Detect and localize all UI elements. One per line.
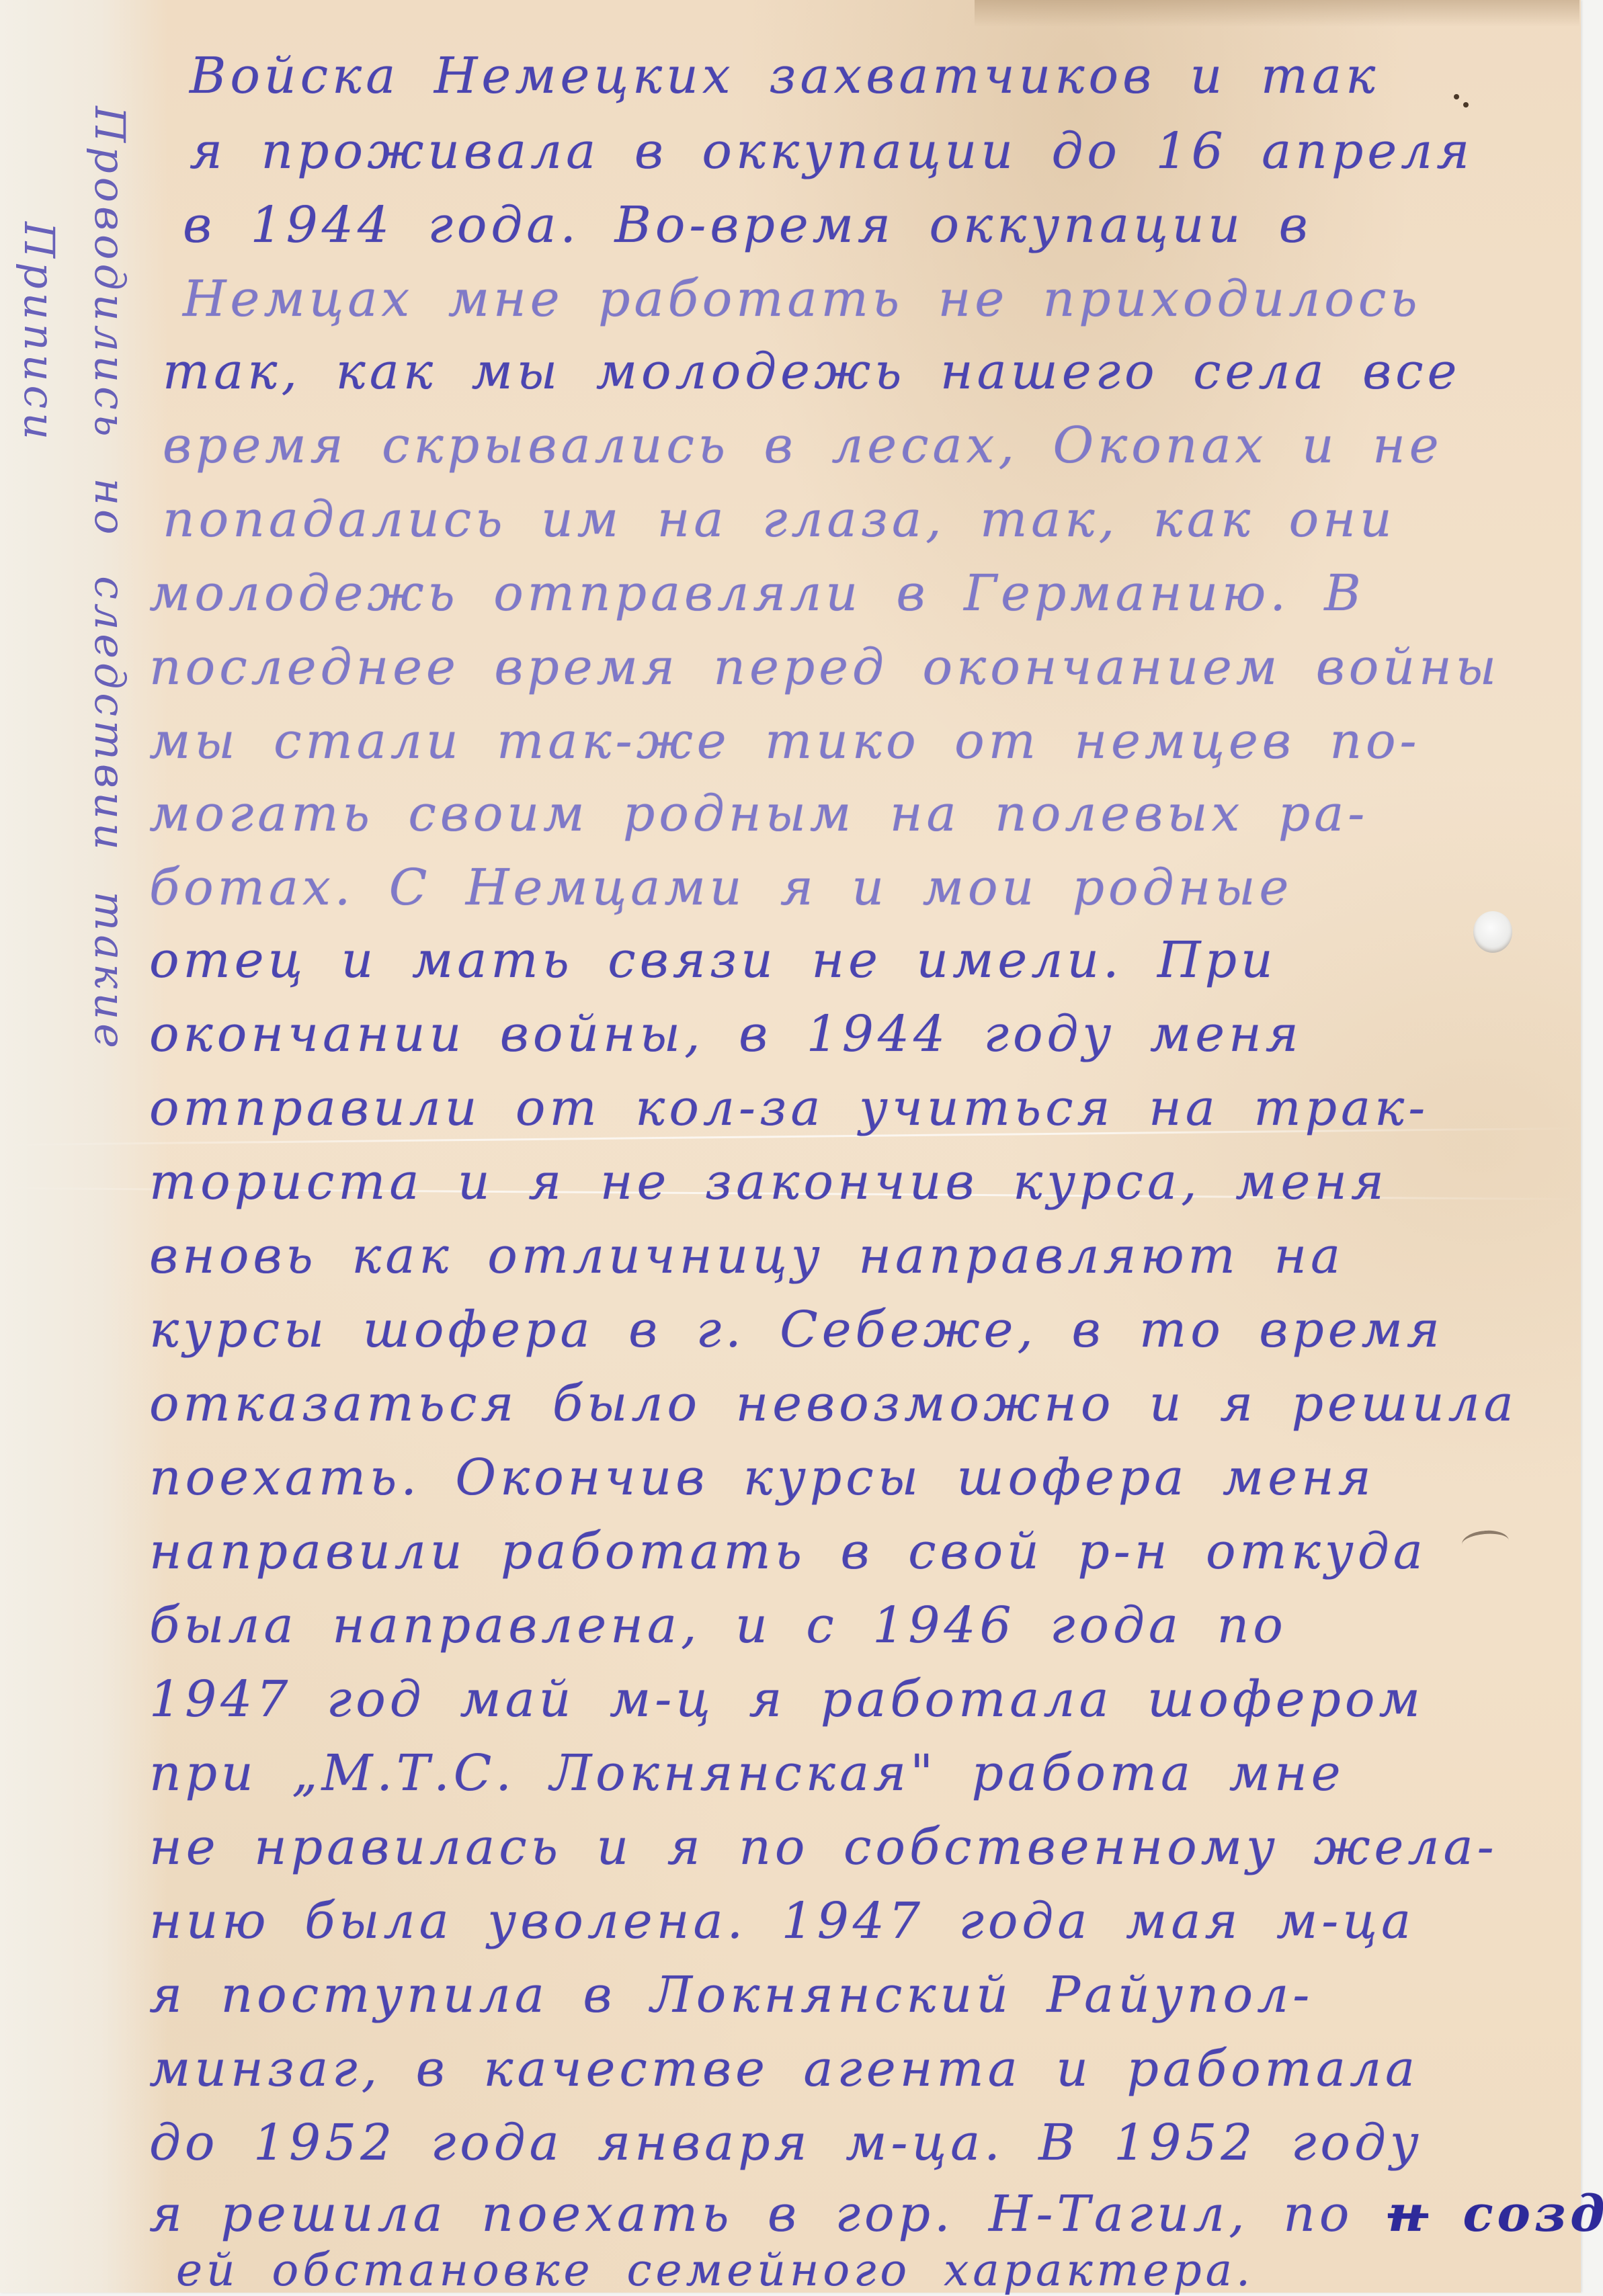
text-line: отец и мать связи не имели. При	[149, 931, 1277, 989]
text-line: нию была уволена. 1947 года мая м-ца	[149, 1892, 1415, 1950]
inserted-correction: создавшей-	[1463, 2185, 1603, 2243]
water-stain	[975, 0, 1579, 27]
text-line: курсы шофера в г. Себеже, в то время	[149, 1301, 1444, 1359]
text-line: в 1944 года. Во-время оккупации в	[183, 196, 1312, 254]
text-line: время скрывались в лесах, Окопах и не	[163, 417, 1443, 474]
struck-letter: н	[1388, 2185, 1428, 2243]
text-line: ей обстановке семейного характера.	[176, 2244, 1254, 2293]
text-line: окончании войны, в 1944 году меня	[149, 1005, 1303, 1063]
text-line: могать своим родным на полевых ра-	[149, 785, 1368, 843]
text-line: отправили от кол-за учиться на трак-	[149, 1079, 1429, 1137]
text-line: так, как мы молодежь нашего села все	[163, 343, 1461, 400]
text-line: я проживала в оккупации до 16 апреля	[190, 122, 1473, 180]
text-line: Немцах мне работать не приходилось	[183, 270, 1422, 328]
text-line: молодежь отправляли в Германию. В	[149, 564, 1365, 622]
text-line: вновь как отличницу направляют на	[149, 1227, 1344, 1285]
text-line: мы стали так-же тико от немцев по-	[149, 712, 1421, 770]
text-line: направили работать в свой р-н откуда	[149, 1523, 1427, 1580]
text-line: отказаться было невозможно и я решила	[149, 1375, 1518, 1433]
document-page: Проводились но следствии такие Приписи В…	[0, 0, 1581, 2293]
text-line: 1947 год май м-ц я работала шофером	[149, 1670, 1424, 1728]
margin-note-line-1: Проводились но следствии такие	[85, 106, 134, 1052]
text-line: я решила поехать в гор. Н-Тагил, по н со…	[149, 2185, 1603, 2243]
text-line: поехать. Окончив курсы шофера меня	[149, 1449, 1375, 1506]
text-line: Войска Немецких захватчиков и так	[190, 47, 1379, 105]
ink-specks	[1454, 94, 1474, 114]
text-line: до 1952 года января м-ца. В 1952 году	[149, 2114, 1423, 2172]
text-line: минзаг, в качестве агента и работала	[149, 2040, 1419, 2098]
text-line: я поступила в Локнянский Райупол-	[149, 1966, 1313, 2024]
margin-note-line-2: Приписи	[15, 222, 64, 443]
text-line-main: я решила поехать в гор. Н-Тагил, по	[149, 2185, 1353, 2243]
text-line: была направлена, и с 1946 года по	[149, 1597, 1287, 1654]
text-line: последнее время перед окончанием войны	[149, 638, 1500, 696]
text-line: попадались им на глаза, так, как они	[163, 491, 1396, 548]
text-line: при „М.Т.С. Локнянская" работа мне	[149, 1744, 1345, 1802]
text-line: не нравилась и я по собственному жела-	[149, 1818, 1498, 1876]
punch-hole	[1473, 911, 1512, 953]
paper-tear-mark	[1461, 1529, 1510, 1556]
text-line: ториста и я не закончив курса, меня	[149, 1153, 1388, 1211]
text-line: ботах. С Немцами я и мои родные	[149, 859, 1292, 917]
